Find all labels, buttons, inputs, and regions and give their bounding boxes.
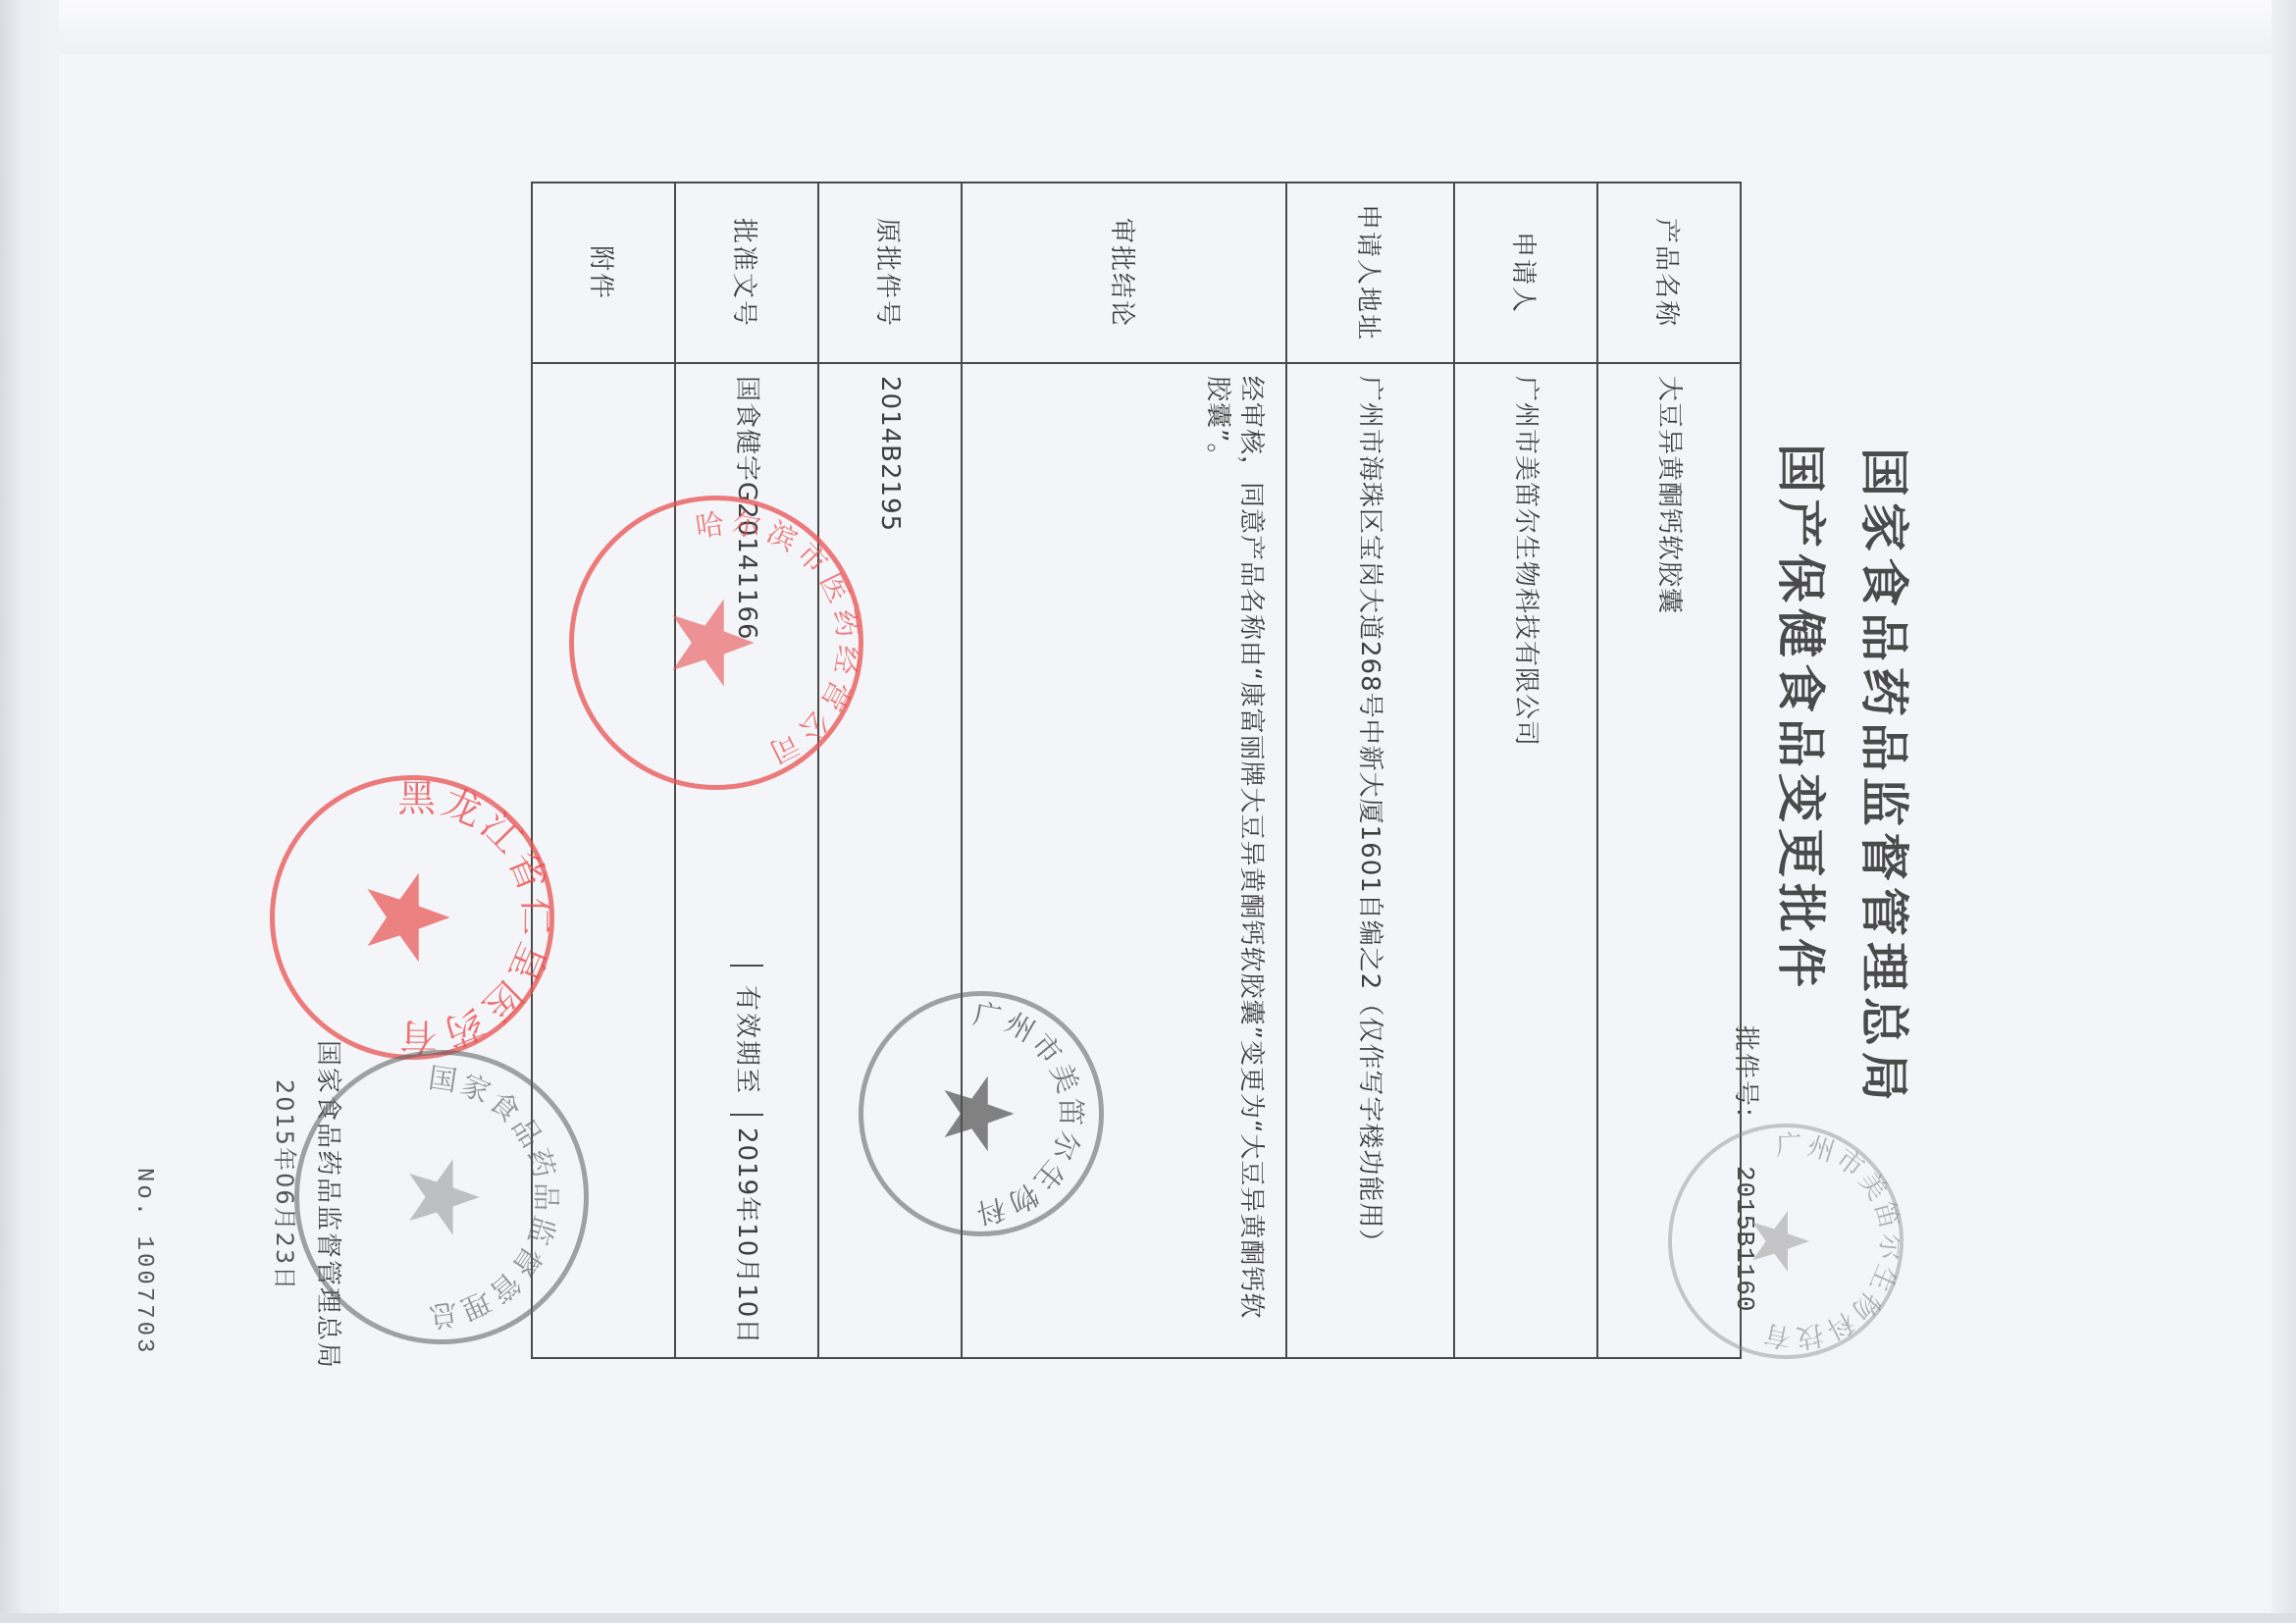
- verification-seal-red: 哈尔滨市医药经营公司: [569, 496, 863, 790]
- company-seal-red-large: 黑龙江省仁皇医药有限公司: [270, 775, 554, 1060]
- label-valid-until: 有效期至: [730, 965, 763, 1114]
- label-original-approval: 原批件号: [818, 183, 962, 363]
- company-seal-gray: 广州市美笛尔生物科技有限公司: [859, 991, 1104, 1236]
- star-icon: [409, 1159, 480, 1234]
- company-seal-gray-text: 广州市美笛尔生物科技有限公司: [863, 996, 1099, 1231]
- agency-official-seal: 国家食品药品监督管理总局: [294, 1050, 589, 1344]
- star-icon: [368, 873, 450, 963]
- approval-document: 国家食品药品监督管理总局 国产保健食品变更批件 批件号: 2015B1160 产…: [0, 0, 2296, 1623]
- serial-number: No. 1007703: [130, 1168, 157, 1355]
- star-icon: [1752, 1211, 1809, 1272]
- verification-seal-red-text: 哈尔滨市医药经营公司: [574, 500, 859, 785]
- label-conclusion: 审批结论: [962, 183, 1286, 363]
- label-approval-code: 批准文号: [675, 183, 818, 363]
- company-seal-top-text: 广州市美笛尔生物科技有限公司: [1672, 1127, 1900, 1355]
- company-seal-top: 广州市美笛尔生物科技有限公司: [1668, 1124, 1904, 1359]
- label-product-name: 产品名称: [1597, 183, 1741, 363]
- table-row-applicant-address: 申请人地址 广州市海珠区宝岗大道268号中新大厦1601自编之2（仅作写字楼功能…: [1286, 183, 1454, 1358]
- star-icon: [945, 1076, 1015, 1152]
- label-applicant-address: 申请人地址: [1286, 183, 1454, 363]
- company-seal-red-large-text: 黑龙江省仁皇医药有限公司: [275, 780, 549, 1055]
- table-row-applicant: 申请人 广州市美笛尔生物科技有限公司: [1454, 183, 1597, 1358]
- star-icon: [673, 600, 755, 687]
- label-attachment: 附件: [532, 183, 675, 363]
- value-valid-until: 2019年10月10日: [730, 1114, 763, 1357]
- value-applicant: 广州市美笛尔生物科技有限公司: [1454, 363, 1597, 1358]
- label-applicant: 申请人: [1454, 183, 1597, 363]
- value-applicant-address: 广州市海珠区宝岗大道268号中新大厦1601自编之2（仅作写字楼功能用）: [1286, 363, 1454, 1358]
- agency-official-seal-text: 国家食品药品监督管理总局: [299, 1055, 584, 1339]
